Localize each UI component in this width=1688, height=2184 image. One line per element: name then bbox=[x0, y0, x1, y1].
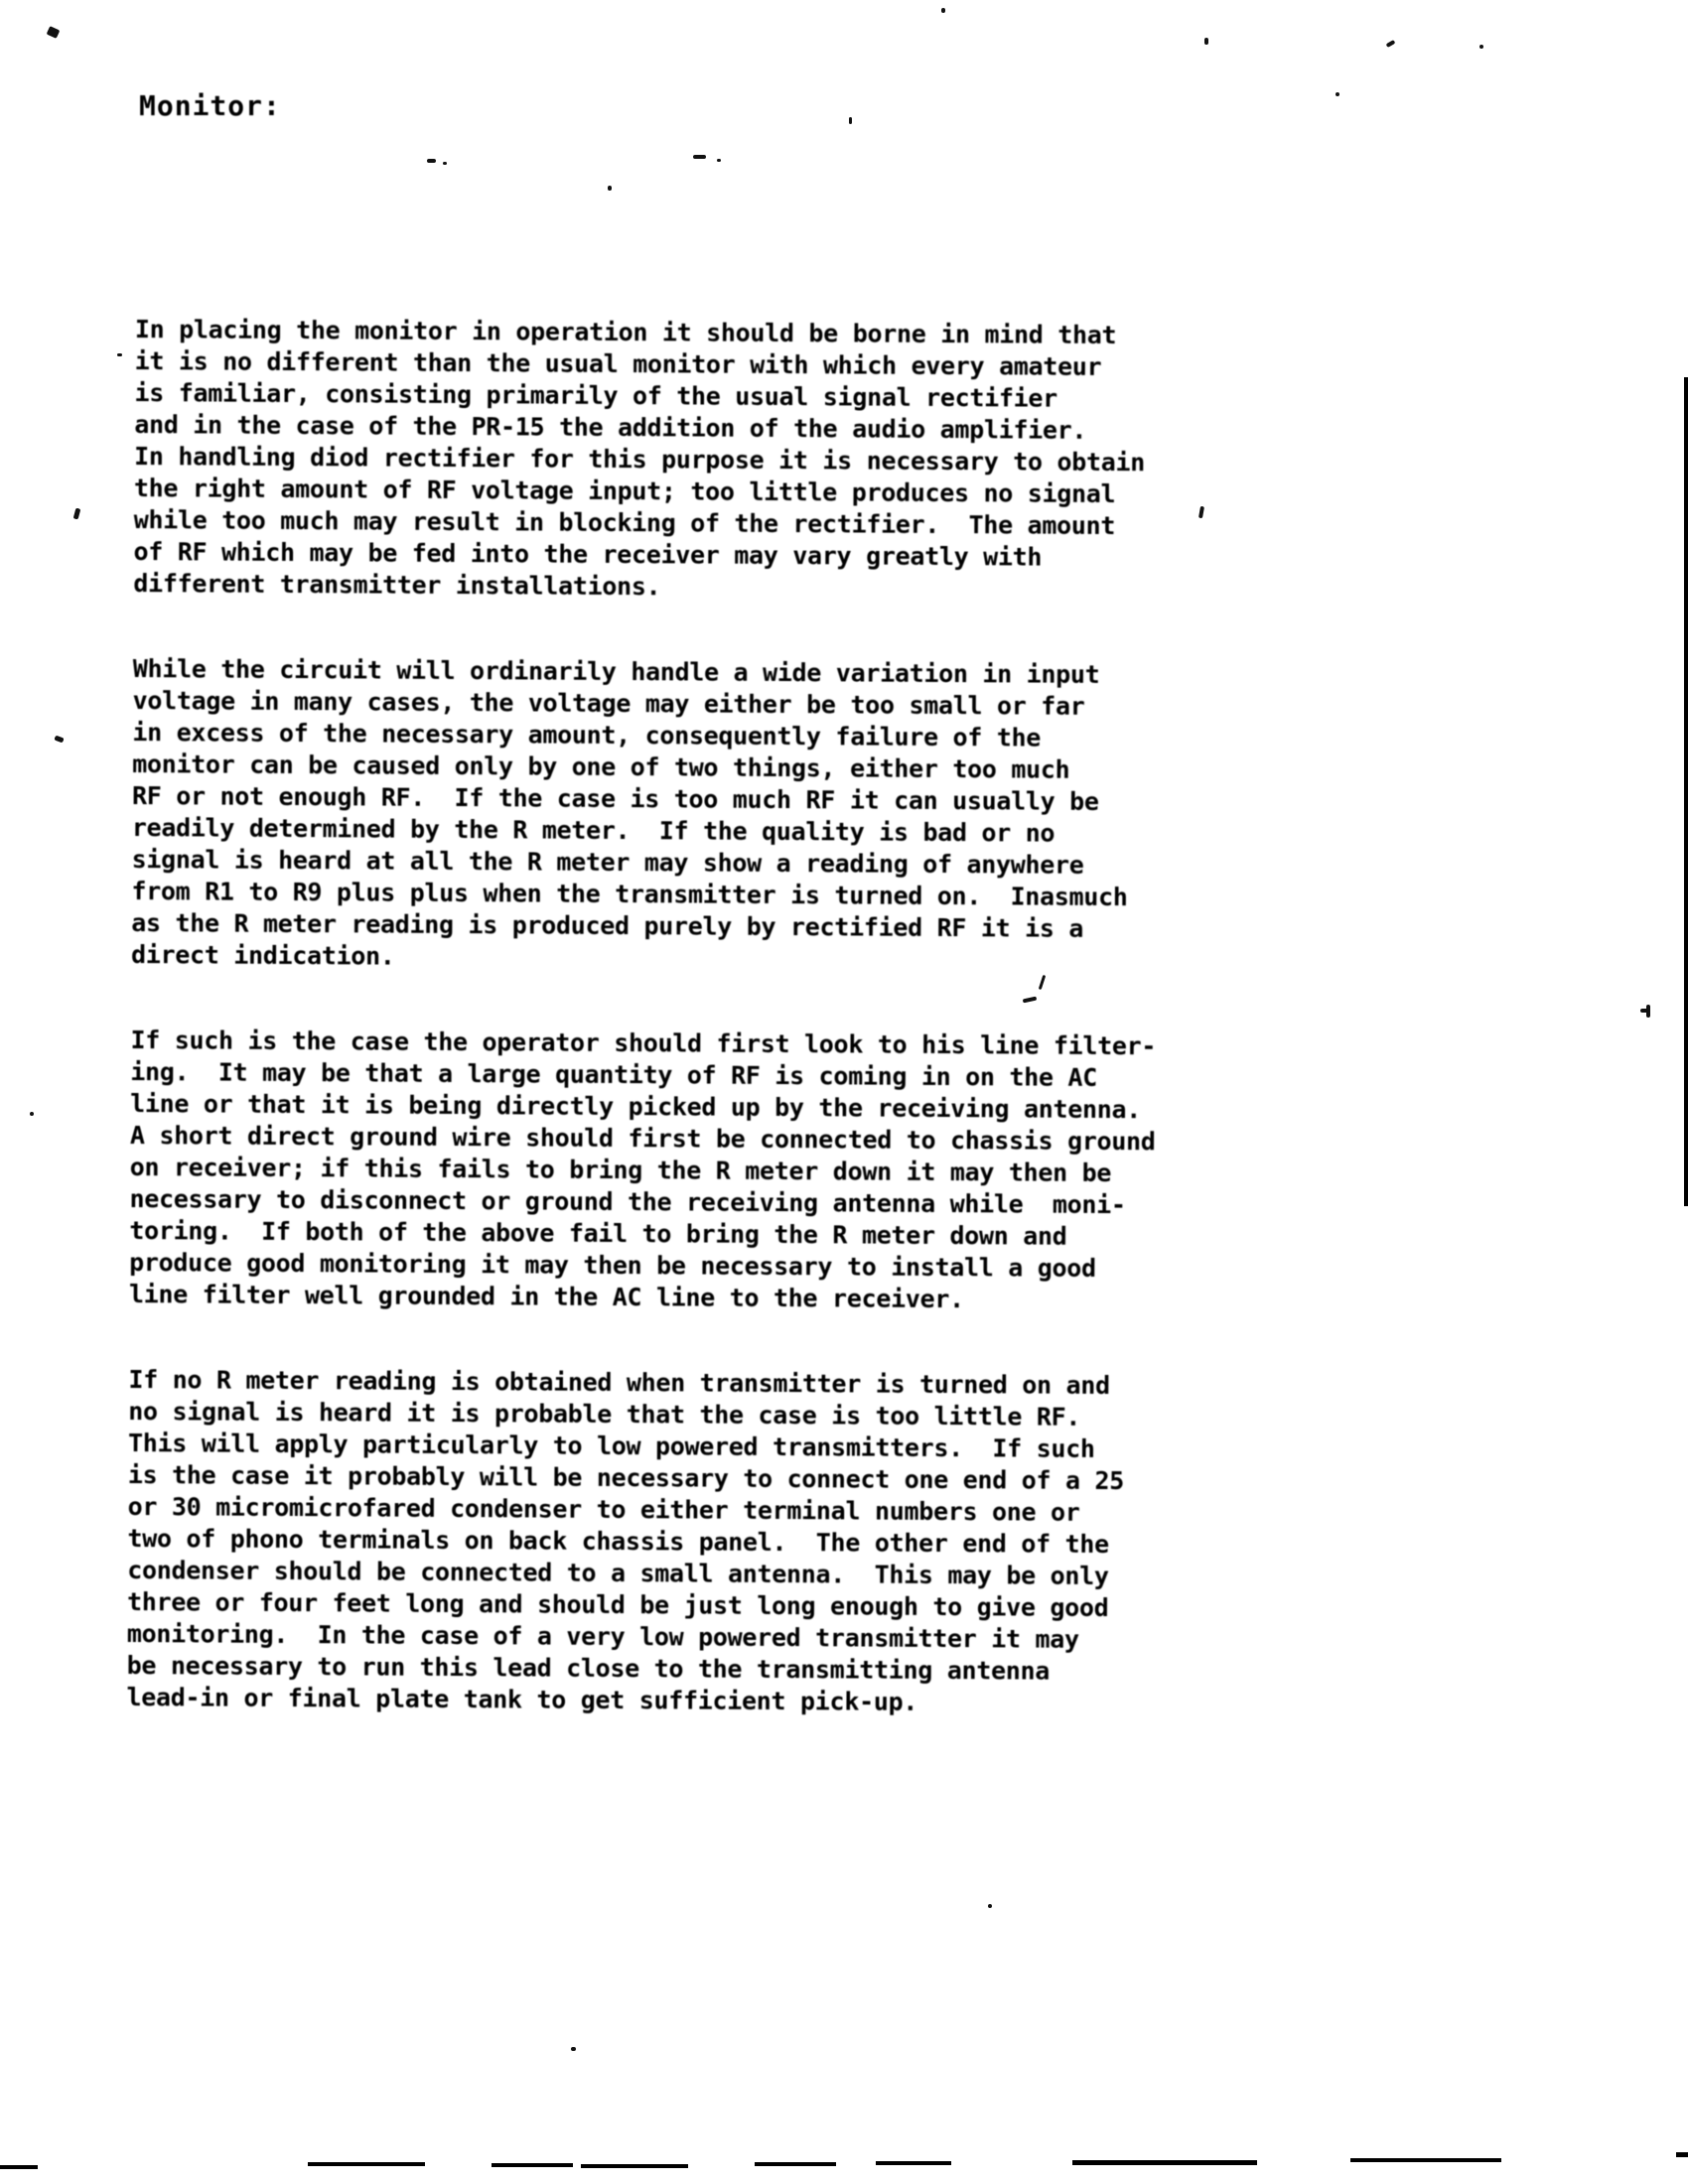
ink-speck bbox=[117, 353, 122, 356]
text-line: different transmitter installations. bbox=[133, 568, 1225, 607]
ink-speck bbox=[73, 508, 81, 520]
ink-speck bbox=[571, 2047, 576, 2051]
ink-speck bbox=[849, 117, 852, 124]
ink-speck bbox=[1336, 92, 1339, 96]
ink-speck bbox=[1204, 38, 1208, 45]
scan-artifact-bottom-edge bbox=[0, 2165, 38, 2169]
scan-artifact-bottom-edge bbox=[492, 2163, 573, 2167]
scan-artifact-bottom-edge bbox=[581, 2164, 688, 2168]
ink-speck bbox=[54, 736, 64, 744]
ink-speck bbox=[717, 159, 721, 162]
ink-speck bbox=[1386, 40, 1396, 48]
ink-speck bbox=[47, 26, 61, 39]
scan-artifact-bottom-edge bbox=[1072, 2160, 1257, 2165]
scan-artifact-bottom-edge bbox=[876, 2161, 951, 2165]
ink-speck bbox=[988, 1904, 992, 1908]
ink-speck bbox=[30, 1112, 34, 1116]
ink-speck bbox=[1479, 45, 1483, 49]
ink-speck bbox=[443, 162, 447, 165]
paragraph: In placing the monitor in operation it s… bbox=[133, 314, 1227, 607]
ink-speck bbox=[693, 155, 706, 159]
scan-artifact-bottom-edge bbox=[755, 2162, 836, 2166]
page-title: Monitor: bbox=[139, 89, 281, 122]
paragraph: If such is the case the operator should … bbox=[129, 1024, 1223, 1317]
text-line: direct indication. bbox=[131, 939, 1223, 978]
paragraph: If no R meter reading is obtained when t… bbox=[126, 1364, 1220, 1720]
paragraph: While the circuit will ordinarily handle… bbox=[131, 653, 1225, 978]
document-body: In placing the monitor in operation it s… bbox=[126, 314, 1227, 1774]
ink-speck bbox=[1646, 1005, 1650, 1018]
ink-speck bbox=[427, 159, 436, 163]
text-line: line filter well grounded in the AC line… bbox=[129, 1279, 1221, 1317]
scan-artifact-bottom-edge bbox=[308, 2162, 425, 2166]
scanned-page: Monitor: In placing the monitor in opera… bbox=[0, 0, 1688, 2184]
scan-artifact-bottom-edge bbox=[1676, 2152, 1688, 2157]
scan-artifact-bottom-edge bbox=[1350, 2158, 1501, 2162]
text-line: lead-in or final plate tank to get suffi… bbox=[126, 1682, 1218, 1720]
ink-speck bbox=[941, 8, 945, 13]
ink-speck bbox=[608, 186, 612, 191]
scan-artifact-right-edge bbox=[1684, 377, 1688, 1206]
